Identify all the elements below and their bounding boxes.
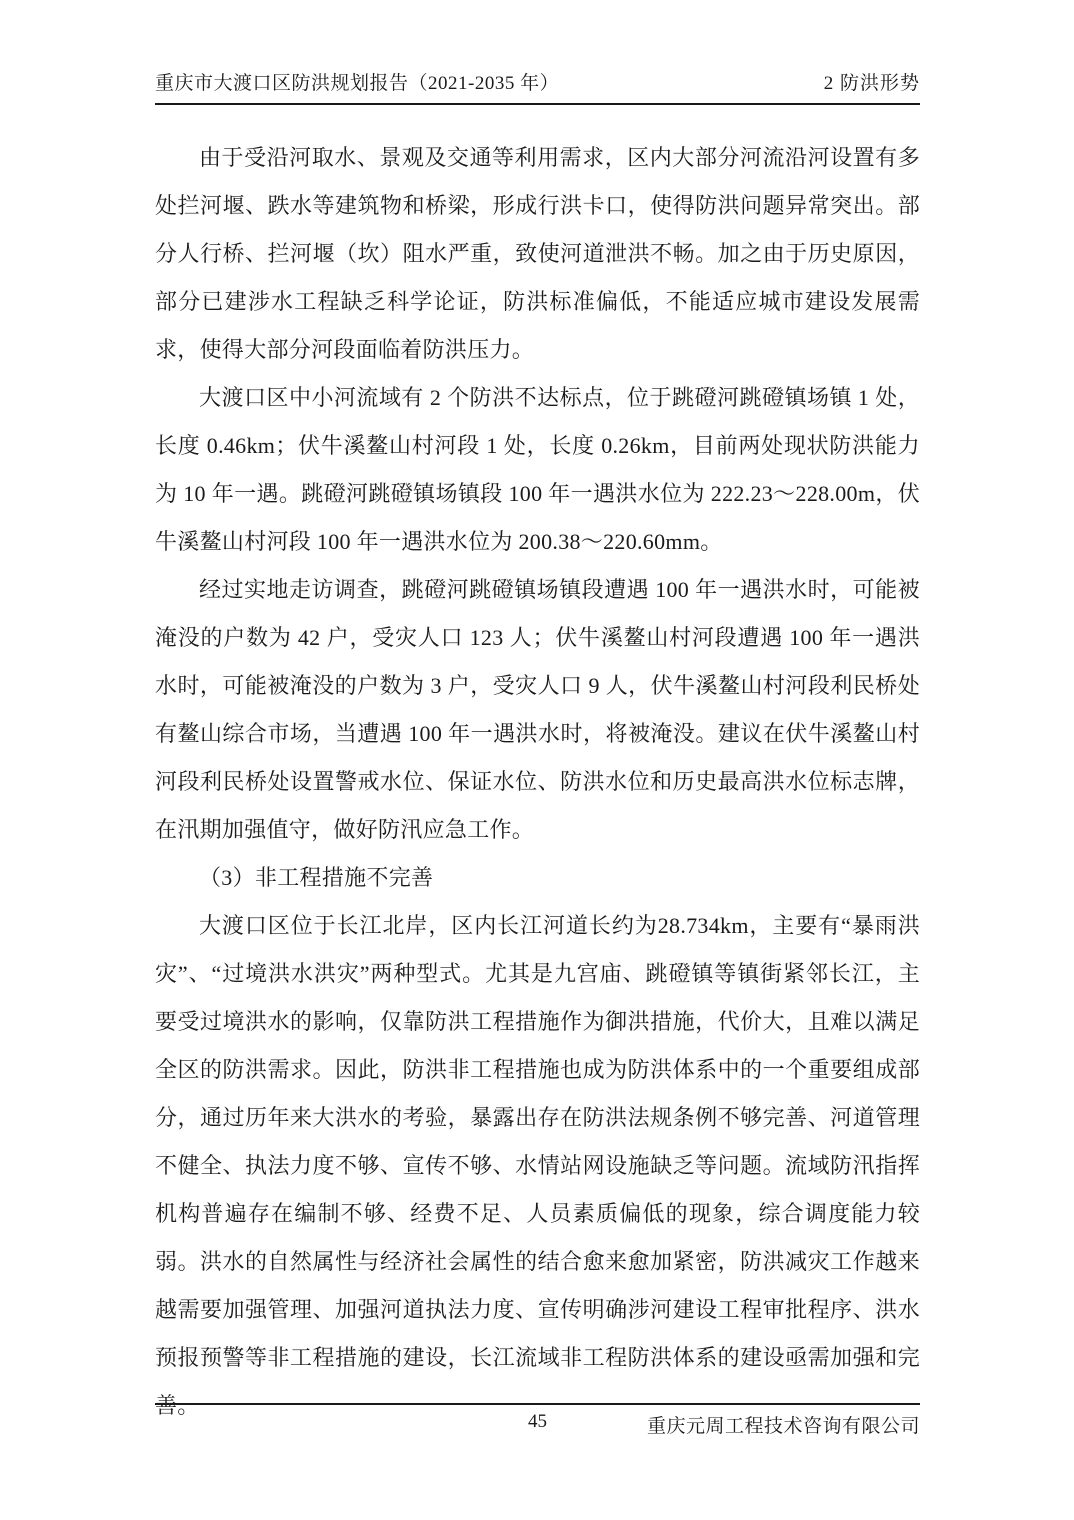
paragraph-field-survey: 经过实地走访调查，跳磴河跳磴镇场镇段遭遇 100 年一遇洪水时，可能被淹没的户数… <box>155 566 920 854</box>
header-section-label: 2 防洪形势 <box>824 68 920 95</box>
page-body: 由于受沿河取水、景观及交通等利用需求，区内大部分河流沿河设置有多处拦河堰、跌水等… <box>155 134 920 1430</box>
page-header: 重庆市大渡口区防洪规划报告（2021-2035 年） 2 防洪形势 <box>155 68 920 105</box>
subsection-heading-nonstructural-measures: （3）非工程措施不完善 <box>155 854 920 902</box>
footer-company-name: 重庆元周工程技术咨询有限公司 <box>647 1411 920 1438</box>
paragraph-flood-chokepoints: 由于受沿河取水、景观及交通等利用需求，区内大部分河流沿河设置有多处拦河堰、跌水等… <box>155 134 920 374</box>
paragraph-substandard-points: 大渡口区中小河流域有 2 个防洪不达标点，位于跳磴河跳磴镇场镇 1 处，长度 0… <box>155 374 920 566</box>
document-page: 重庆市大渡口区防洪规划报告（2021-2035 年） 2 防洪形势 由于受沿河取… <box>0 0 1074 1520</box>
paragraph-nonstructural-measures: 大渡口区位于长江北岸，区内长江河道长约为28.734km，主要有“暴雨洪灾”、“… <box>155 902 920 1430</box>
page-footer: 45 重庆元周工程技术咨询有限公司 <box>155 1403 920 1445</box>
header-document-title: 重庆市大渡口区防洪规划报告（2021-2035 年） <box>155 68 559 95</box>
